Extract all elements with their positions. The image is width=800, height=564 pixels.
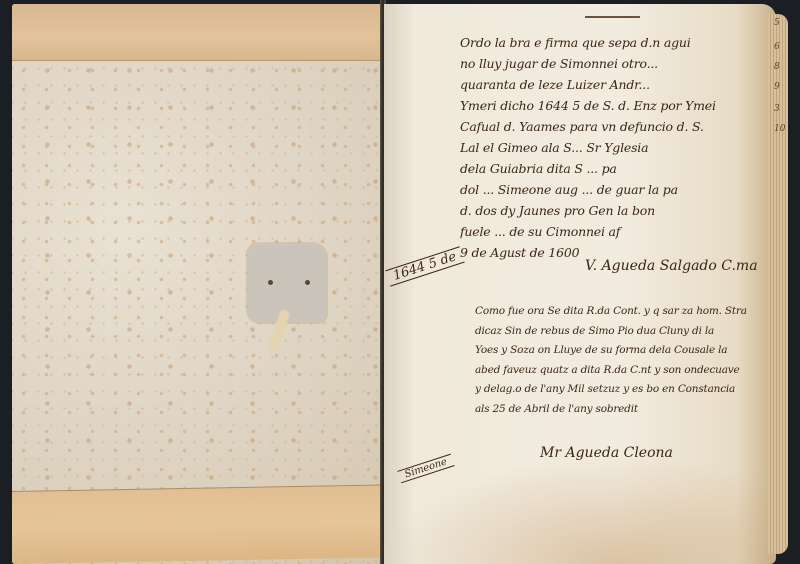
signature-1: V. Agueda Salgado C.ma (585, 258, 758, 274)
entry-line: d. dos dy Jaunes pro Gen la bon (460, 200, 760, 221)
entry-line: Lal el Gimeo ala S... Sr Yglesia (460, 137, 760, 158)
folio-number: 9 (774, 82, 780, 92)
folio-number: 3 (774, 104, 780, 114)
left-page-vellum-cover (12, 4, 382, 564)
entry-line: dela Guiabria dita S ... pa (460, 158, 760, 179)
entry-line: als 25 de Abril de l'any sobredit (475, 400, 765, 420)
folio-number: 6 (774, 42, 780, 52)
entry-line: no lluy jugar de Simonnei otro... (460, 53, 760, 74)
top-mark (585, 16, 640, 18)
open-manuscript: Ordo la bra e firma que sepa d.n agui no… (0, 0, 800, 564)
patch-hole (305, 280, 310, 285)
entry-2-text: Como fue ora Se dita R.da Cont. y q sar … (475, 302, 765, 419)
entry-line: dol ... Simeone aug ... de guar la pa (460, 179, 760, 200)
signature-2: Mr Agueda Cleona (540, 445, 673, 461)
entry-line: y delag.o de l'any Mil setzuz y es bo en… (475, 380, 765, 400)
entry-line: abed faveuz quatz a dita R.da C.nt y son… (475, 361, 765, 381)
page-edges (768, 14, 788, 554)
entry-1-text: Ordo la bra e firma que sepa d.n agui no… (460, 32, 760, 263)
entry-line: Cafual d. Yaames para vn defuncio d. S. (460, 116, 760, 137)
patch-hole (268, 280, 273, 285)
entry-line: Como fue ora Se dita R.da Cont. y q sar … (475, 302, 765, 322)
entry-line: Ymeri dicho 1644 5 de S. d. Enz por Ymei (460, 95, 760, 116)
top-flap (12, 4, 382, 61)
folio-number: 5 (774, 18, 780, 28)
entry-line: Ordo la bra e firma que sepa d.n agui (460, 32, 760, 53)
entry-line: Yoes y Soza on Lluye de su forma dela Co… (475, 341, 765, 361)
bottom-flap (12, 485, 382, 564)
folio-number: 8 (774, 62, 780, 72)
entry-line: fuele ... de su Cimonnei af (460, 221, 760, 242)
entry-line: quaranta de leze Luizer Andr... (460, 74, 760, 95)
folio-number: 10 (774, 124, 785, 134)
entry-line: dicaz Sin de rebus de Simo Pio dua Cluny… (475, 322, 765, 342)
